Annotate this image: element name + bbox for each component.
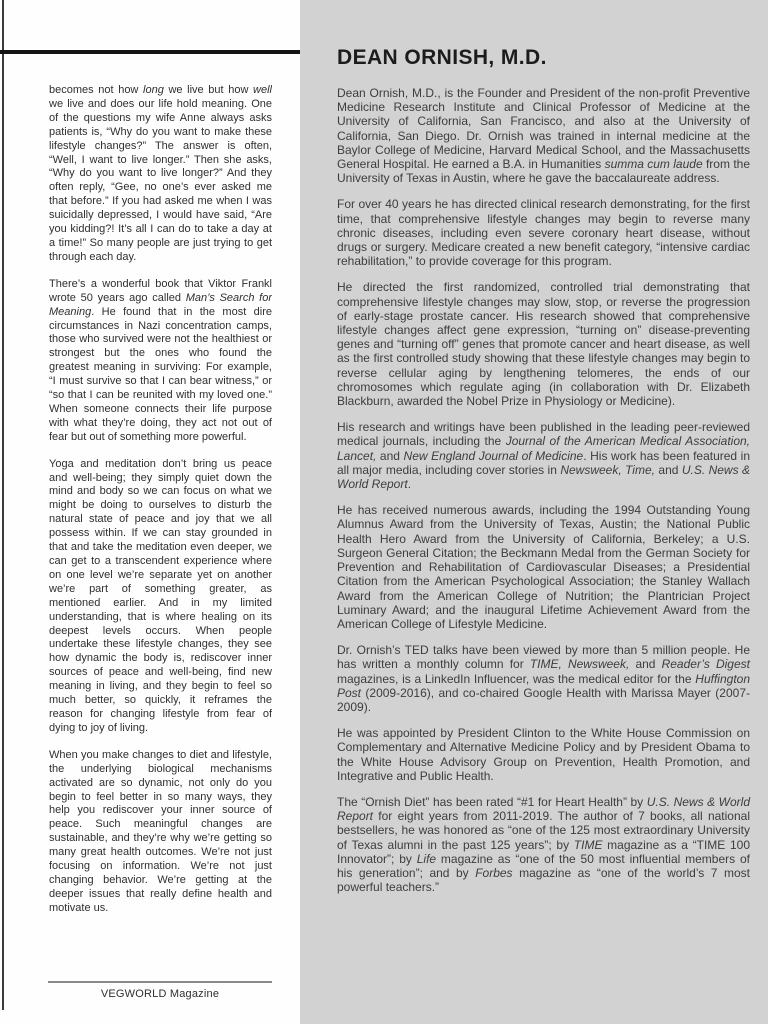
article-paragraph: becomes not how long we live but how wel…	[49, 84, 272, 265]
bio-paragraph: The “Ornish Diet” has been rated “#1 for…	[337, 795, 750, 894]
article-paragraph: Yoga and meditation don’t bring us peace…	[49, 458, 272, 736]
bio-paragraph: His research and writings have been publ…	[337, 420, 750, 491]
bio-panel: DEAN ORNISH, M.D. Dean Ornish, M.D., is …	[300, 0, 768, 1024]
bio-paragraph: Dean Ornish, M.D., is the Founder and Pr…	[337, 86, 750, 185]
bio-paragraph: He has received numerous awards, includi…	[337, 503, 750, 631]
magazine-page: { "left_column": { "paragraphs": [ "beco…	[0, 0, 768, 1024]
top-divider-bar	[0, 50, 300, 54]
bio-paragraph: Dr. Ornish’s TED talks have been viewed …	[337, 643, 750, 714]
bio-paragraph: He directed the first randomized, contro…	[337, 280, 750, 408]
article-paragraph: There’s a wonderful book that Viktor Fra…	[49, 278, 272, 445]
left-edge-rule	[2, 0, 4, 1010]
article-paragraph: When you make changes to diet and lifest…	[49, 749, 272, 916]
page-footer: VEGWORLD Magazine	[48, 981, 272, 1000]
page: becomes not how long we live but how wel…	[0, 0, 768, 1024]
bio-heading: DEAN ORNISH, M.D.	[337, 46, 750, 70]
bio-paragraph: For over 40 years he has directed clinic…	[337, 197, 750, 268]
magazine-name: VEGWORLD Magazine	[48, 983, 272, 1000]
bio-text: Dean Ornish, M.D., is the Founder and Pr…	[337, 86, 750, 894]
article-text-column: becomes not how long we live but how wel…	[49, 84, 272, 964]
bio-paragraph: He was appointed by President Clinton to…	[337, 726, 750, 783]
